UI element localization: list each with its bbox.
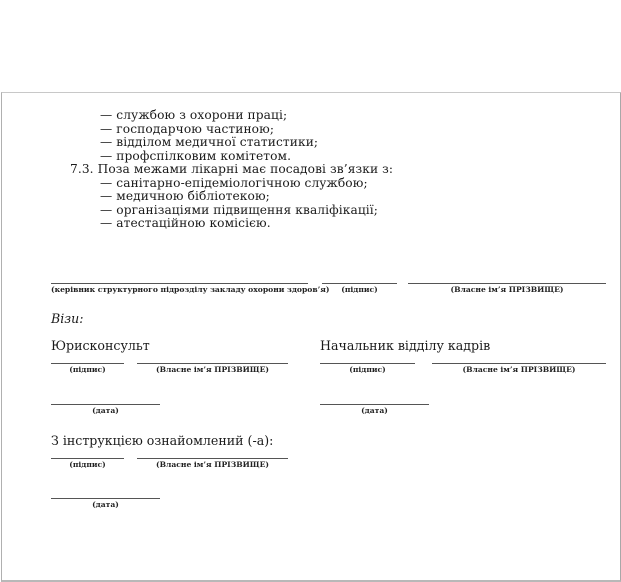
list-item-text: організаціями підвищення кваліфікації; [116, 203, 378, 217]
name-caption: (Власне ім’я ПРІЗВИЩЕ) [432, 365, 606, 374]
list-item-text: господарчою частиною; [116, 122, 274, 136]
dash: — [100, 108, 112, 122]
signature-line [320, 363, 415, 364]
legal-advisor-title: Юрисконсульт [51, 338, 150, 353]
date-caption: (дата) [51, 406, 160, 415]
signature-caption: (підпис) [51, 365, 124, 374]
dash: — [100, 189, 112, 203]
list-item-text: профспілковим комітетом. [116, 149, 291, 163]
date-caption: (дата) [320, 406, 429, 415]
dash: — [100, 203, 112, 217]
dash: — [100, 135, 112, 149]
signature-line [51, 458, 124, 459]
hr-head-title: Начальник відділу кадрів [320, 338, 490, 353]
name-caption: (Власне ім’я ПРІЗВИЩЕ) [137, 365, 288, 374]
name-line [432, 363, 606, 364]
signature-caption: (підпис) [51, 460, 124, 469]
date-line [51, 404, 160, 405]
position-caption: (керівник структурного підрозділу заклад… [51, 285, 308, 294]
date-caption: (дата) [51, 500, 160, 509]
signature-caption: (підпис) [322, 285, 397, 294]
signature-line [51, 363, 124, 364]
dash: — [100, 176, 112, 190]
name-line [408, 283, 606, 284]
date-line [320, 404, 429, 405]
list-item-text: санітарно-епідеміологічною службою; [116, 176, 367, 190]
section-text: Поза межами лікарні має посадові зв’язки… [98, 162, 393, 176]
name-line [137, 363, 288, 364]
list-item: — службою з охорони праці; [100, 109, 287, 123]
visas-label: Візи: [51, 311, 84, 326]
signature-caption: (підпис) [320, 365, 415, 374]
list-item-text: медичною бібліотекою; [116, 189, 270, 203]
list-item-text: відділом медичної статистики; [116, 135, 318, 149]
signature-line [322, 283, 397, 284]
list-item-text: атестаційною комісією. [116, 216, 270, 230]
name-caption: (Власне ім’я ПРІЗВИЩЕ) [137, 460, 288, 469]
date-line [51, 498, 160, 499]
name-caption: (Власне ім’я ПРІЗВИЩЕ) [408, 285, 606, 294]
list-item: — медичною бібліотекою; [100, 190, 270, 204]
dash: — [100, 122, 112, 136]
list-item: — атестаційною комісією. [100, 217, 271, 231]
dash: — [100, 216, 112, 230]
section-7-3: 7.3. Поза межами лікарні має посадові зв… [70, 163, 393, 177]
position-line [51, 283, 308, 284]
section-number: 7.3. [70, 162, 94, 176]
list-item: — відділом медичної статистики; [100, 136, 318, 150]
name-line [137, 458, 288, 459]
list-item-text: службою з охорони праці; [116, 108, 287, 122]
acknowledgement-title: З інструкцією ознайомлений (-а): [51, 433, 273, 448]
dash: — [100, 149, 112, 163]
